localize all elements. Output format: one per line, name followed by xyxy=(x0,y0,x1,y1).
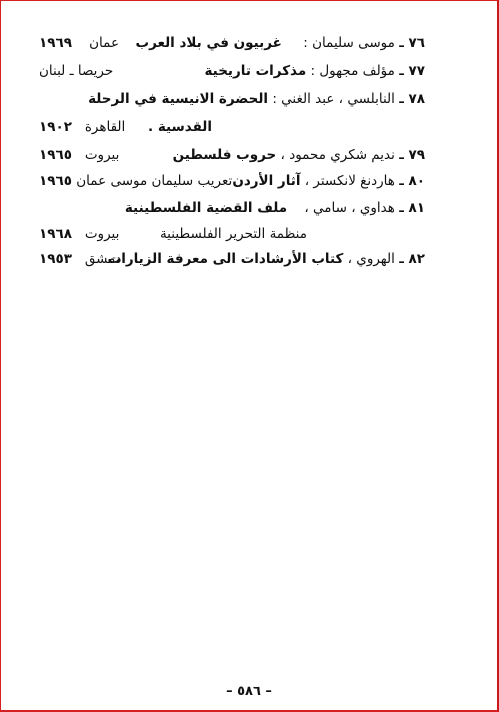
entry-publisher: منظمة التحرير الفلسطينية xyxy=(160,226,307,242)
entry-title: آثار الأردن xyxy=(232,173,300,189)
entry-year: ١٩٦٩ xyxy=(39,35,72,51)
entry-number: ٧٦ ـ xyxy=(399,35,425,51)
entry-author: مؤلف مجهول : xyxy=(311,63,395,79)
entry-title: مذكرات تاريخية xyxy=(205,63,307,79)
entry-number: ٨١ ـ xyxy=(399,200,425,216)
entry-year: ١٩٠٢ xyxy=(39,119,72,135)
entry-79-imprint: بيروت ١٩٦٥ xyxy=(39,143,119,167)
entry-author: الهروي ، xyxy=(348,251,395,267)
entry-number: ٧٧ ـ xyxy=(399,63,425,79)
entry-year: ١٩٦٥ xyxy=(39,173,72,189)
entry-author: هداوي ، سامي ، xyxy=(304,200,395,216)
entry-place: القاهرة xyxy=(85,119,125,135)
entry-author: هاردنغ لانكستر ، xyxy=(305,173,395,189)
entry-year: ١٩٦٨ xyxy=(39,226,72,242)
entry-place: عمان xyxy=(89,35,119,51)
entry-year: ١٩٦٥ xyxy=(39,147,72,163)
entry-place: دمشق xyxy=(85,251,122,267)
entry-title: حروب فلسطين xyxy=(173,147,277,163)
entry-author: موسى سليمان : xyxy=(303,35,395,51)
entry-place: حريصا ـ لبنان xyxy=(39,63,113,79)
entry-number: ٨٠ ـ xyxy=(399,173,425,189)
entry-78-title-continued: القدسية . xyxy=(148,115,212,139)
entry-number: ٧٨ ـ xyxy=(399,91,425,107)
entry-81-imprint: بيروت ١٩٦٨ xyxy=(39,222,119,246)
entry-title: ملف القضية الفلسطينية xyxy=(125,200,287,216)
entry-year: ١٩٥٣ xyxy=(39,251,72,267)
entry-81-publisher: منظمة التحرير الفلسطينية xyxy=(160,222,307,246)
document-page: ٧٦ ـ موسى سليمان : غربيون في بلاد العرب … xyxy=(0,0,499,712)
entry-title-continued: القدسية . xyxy=(148,119,212,135)
entry-author: النابلسي ، عبد الغني : xyxy=(272,91,395,107)
bibliography-entry-79: ٧٩ ـ نديم شكري محمود ، حروب فلسطين xyxy=(173,143,425,167)
entry-number: ٧٩ ـ xyxy=(399,147,425,163)
entry-title: الحضرة الانيسية في الرحلة xyxy=(88,91,268,107)
bibliography-entry-78: ٧٨ ـ النابلسي ، عبد الغني : الحضرة الاني… xyxy=(88,87,425,111)
bibliography-entry-76: ٧٦ ـ موسى سليمان : غربيون في بلاد العرب xyxy=(136,31,425,55)
entry-title: كتاب الأرشادات الى معرفة الزيارات xyxy=(108,251,344,267)
entry-title: غربيون في بلاد العرب xyxy=(136,35,282,51)
entry-80-imprint: تعريب سليمان موسى عمان ١٩٦٥ xyxy=(39,169,232,193)
entry-78-imprint: القاهرة ١٩٠٢ xyxy=(39,115,125,139)
entry-76-imprint: عمان ١٩٦٩ xyxy=(39,31,119,55)
entry-82-imprint: دمشق ١٩٥٣ xyxy=(39,247,121,271)
entry-place: بيروت xyxy=(85,147,120,163)
entry-place: بيروت xyxy=(85,226,120,242)
bibliography-entry-81: ٨١ ـ هداوي ، سامي ، ملف القضية الفلسطيني… xyxy=(125,196,425,220)
entry-translator: تعريب سليمان موسى xyxy=(110,173,232,189)
page-number: – ٥٨٦ – xyxy=(1,684,497,699)
bibliography-entry-82: ٨٢ ـ الهروي ، كتاب الأرشادات الى معرفة ا… xyxy=(108,247,425,271)
entry-place: عمان xyxy=(76,173,106,189)
bibliography-entry-80: ٨٠ ـ هاردنغ لانكستر ، آثار الأردن xyxy=(232,169,425,193)
entry-author: نديم شكري محمود ، xyxy=(281,147,395,163)
bibliography-entry-77: ٧٧ ـ مؤلف مجهول : مذكرات تاريخية xyxy=(205,59,426,83)
entry-77-imprint: حريصا ـ لبنان xyxy=(39,59,113,83)
entry-number: ٨٢ ـ xyxy=(399,251,425,267)
